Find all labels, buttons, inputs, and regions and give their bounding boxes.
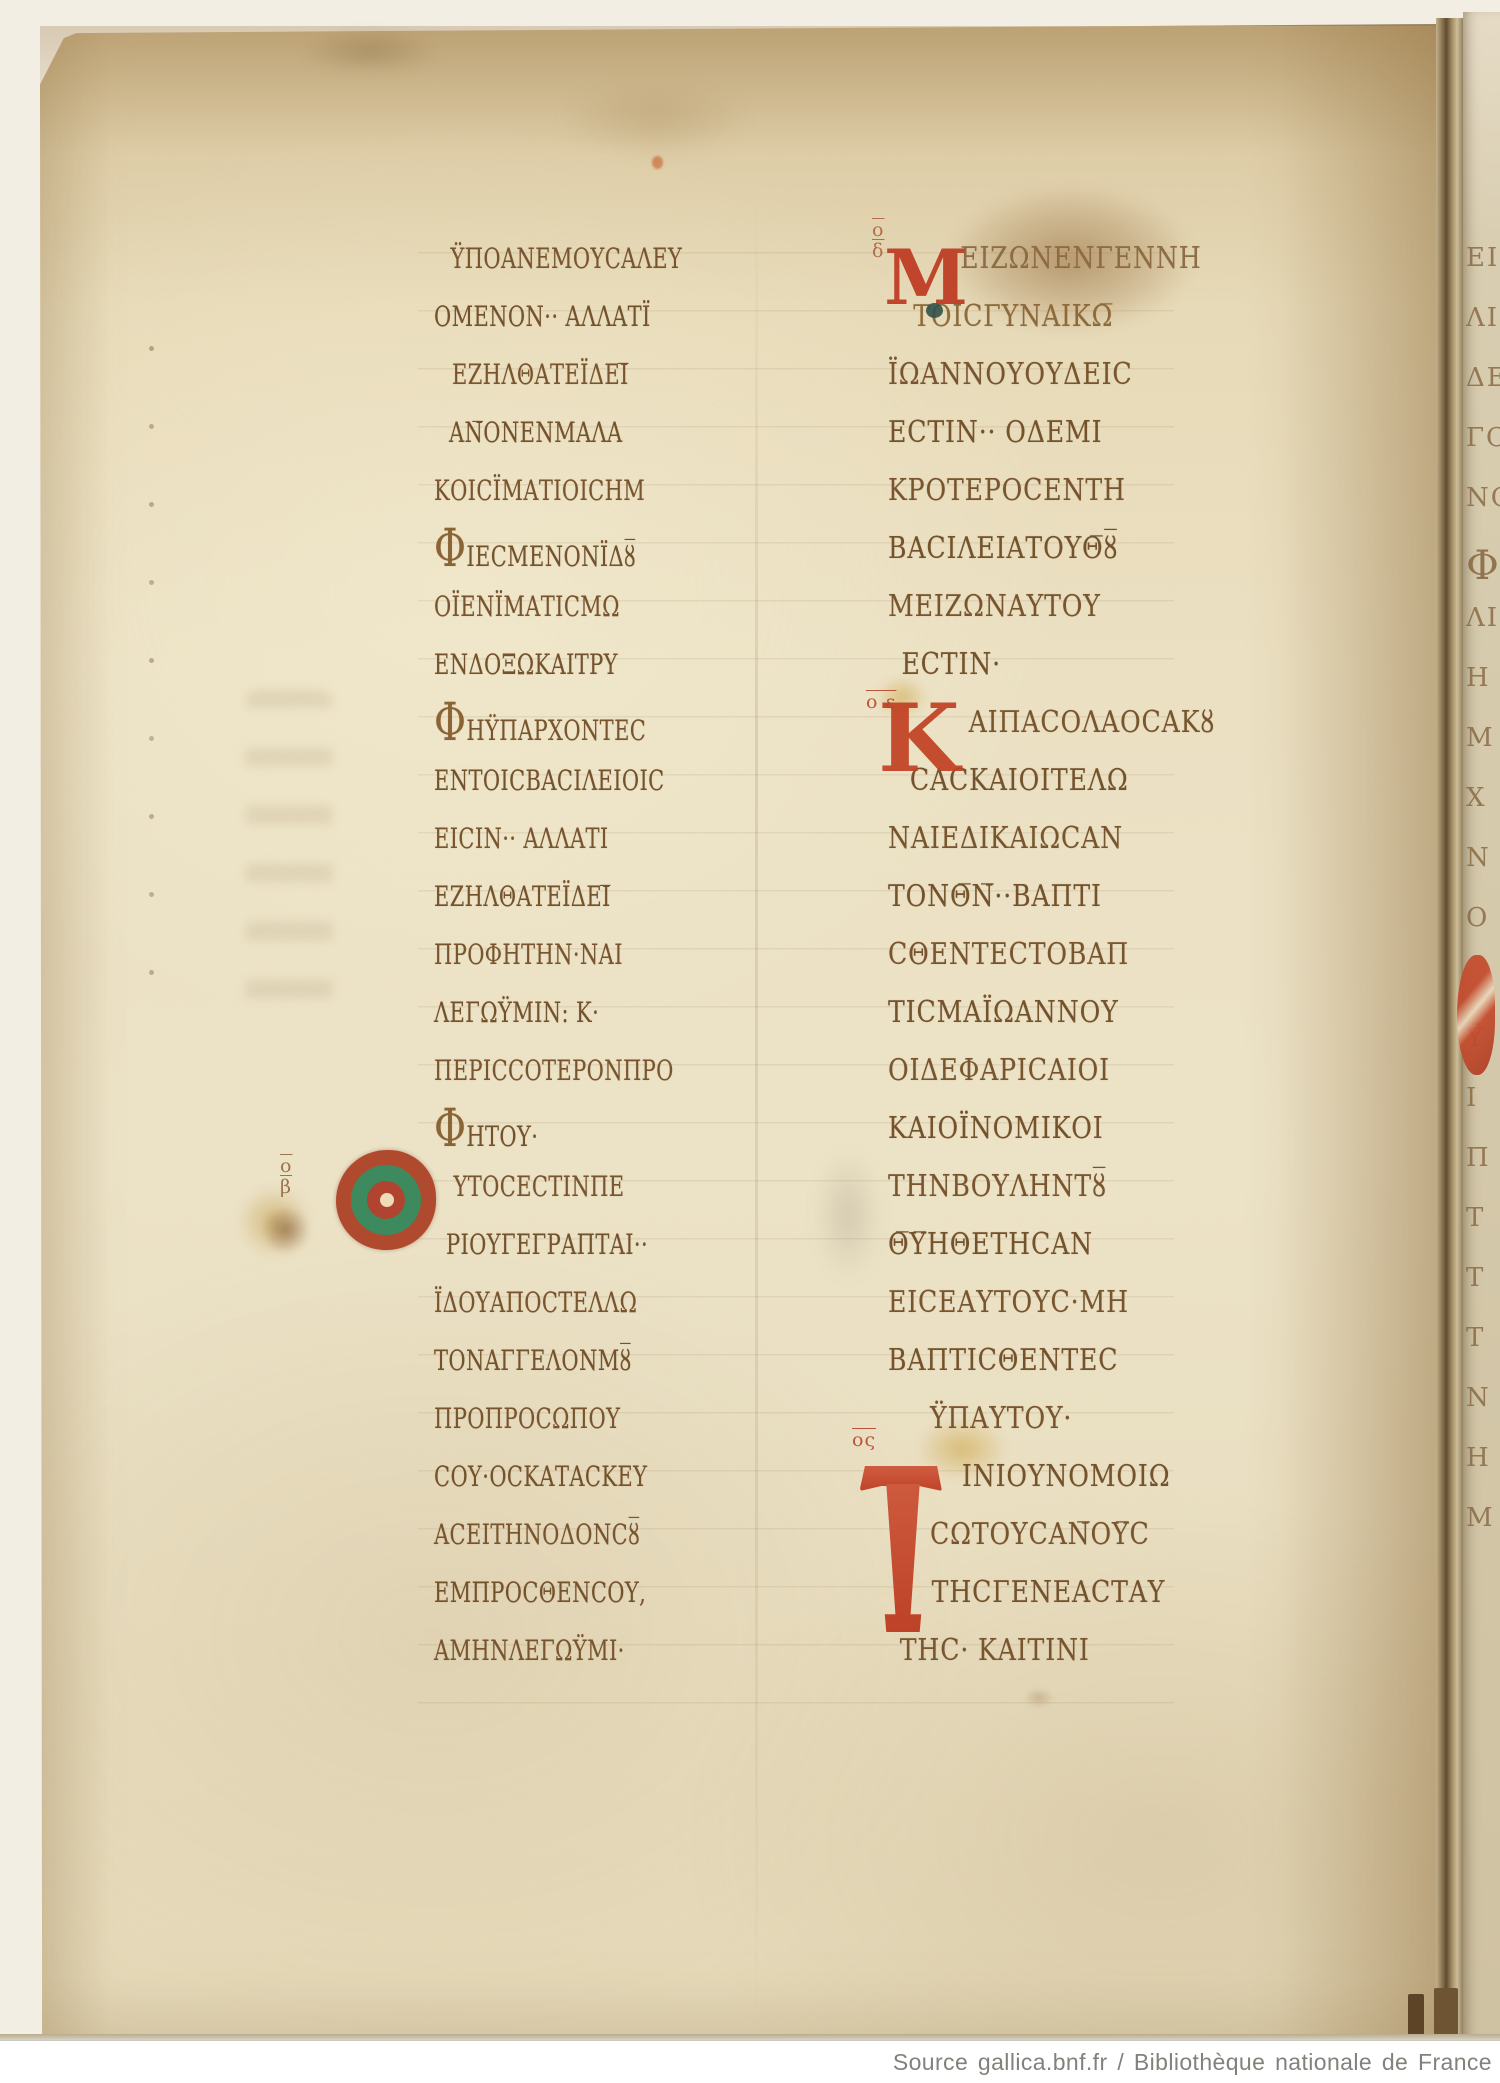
facing-page-letter-fragment: Ι — [1466, 1083, 1500, 1127]
text-line: ΡΙΟΥΓΕΓΡΑΠΤΑΙ·· — [434, 1216, 652, 1274]
facing-page-letter-fragment: ΝΟ — [1466, 483, 1500, 527]
facing-page-red-initial-fragment — [1457, 955, 1495, 1075]
marginal-section-number-os: ος — [852, 1430, 876, 1451]
binding-edge-bar — [1434, 1988, 1458, 2040]
text-line: ΥΤΟCΕCΤΙΝΠΕ — [434, 1158, 652, 1216]
text-line: Θ̅Υ̅ΗΘΕΤΗCΑΝ — [888, 1216, 1132, 1274]
text-line: ΠΡΟΠΡΟCΩΠΟΥ — [434, 1390, 652, 1448]
text-line: ΑΝ̅ΟΝΕΝΜΑΛΑ — [434, 404, 652, 462]
marginal-section-number-oe: ο ε — [866, 692, 896, 713]
text-line: ΚΟΙCΪΜΑΤΙΟΙCΗΜ — [434, 462, 652, 520]
text-line: ΑCΕΙΤΗΝΟΔΟΝCȣ̅ — [434, 1506, 652, 1564]
text-line: ΕΜΠΡΟCΘΕΝCΟΥ, — [434, 1564, 652, 1622]
facing-page-letter-fragment: ΓΟ — [1466, 423, 1500, 467]
text-line: ΒΑCΙΛΕΙΑΤΟΥΘ̅ȣ̅ — [888, 520, 1132, 578]
facing-page-letter-fragment: ΛΙ — [1466, 603, 1500, 647]
facing-page-letter-fragment: Μ — [1466, 723, 1500, 767]
text-line: ΟΪΕΝΪΜΑΤΙCΜΩ — [434, 578, 652, 636]
facing-page-letter-fragment: Ν — [1466, 1383, 1500, 1427]
left-text-column: ΫΠΟΑΝΕΜΟΥCΑΛΕΥΟΜΕΝΟΝ·· ΑΛΛΑΤΪΕΖΗΛΘΑΤΕΪΔΕ… — [434, 230, 724, 1680]
leaf-top-shading — [40, 26, 1440, 156]
facing-page-letter-fragment: ΕΙ — [1466, 243, 1500, 287]
facing-page-letter-fragment: Τ — [1466, 1263, 1500, 1307]
marginal-section-number-ob: ο β — [280, 1156, 296, 1198]
text-line: ΫΠΑΥΤΟΥ· — [888, 1390, 1132, 1448]
facing-page-letter-fragment: Π — [1466, 1143, 1500, 1187]
facing-page-letter-fragment: Ν — [1466, 843, 1500, 887]
text-line: ΪΩΑΝΝΟΥΟΥΔΕΙC — [888, 346, 1132, 404]
facing-page-letter-fragment: Η — [1466, 663, 1500, 707]
text-line: CΟΥ·ΟCΚΑΤΑCΚΕΥ — [434, 1448, 652, 1506]
text-line: ΤΗΝΒΟΥΛΗΝΤȣ̅ — [888, 1158, 1132, 1216]
text-line: CΩΤΟΥCΑΝ̅ΟΥ̅C — [888, 1506, 1132, 1564]
text-line: ΕΙCΙΝ·· ΑΛΛΑΤΙ — [434, 810, 652, 868]
prick-marks — [149, 346, 154, 351]
facing-page-letter-fragment: Ο — [1466, 903, 1500, 947]
text-line: ΝΑΙΕΔΙΚΑΙΩCΑΝ — [888, 810, 1132, 868]
text-line: ΕCΤΙΝ·· ΟΔΕΜΙ — [888, 404, 1132, 462]
text-line: ΤΗC· ΚΑΙΤΙΝΙ — [888, 1622, 1132, 1680]
text-line: CΘΕΝΤΕCΤΟΒΑΠ — [888, 926, 1132, 984]
source-attribution-text: Source gallica.bnf.fr / Bibliothèque nat… — [893, 2049, 1492, 2076]
facing-page-letter-fragment: Τ — [1466, 1323, 1500, 1367]
text-line: ΤΙCΜΑΪΩΑΝΝΟΥ — [888, 984, 1132, 1042]
facing-page-letter-fragment: ΛΙ — [1466, 303, 1500, 347]
text-line: ΪΔΟΥΑΠΟCΤΕΛΛΩ — [434, 1274, 652, 1332]
text-line: ΕΝΔΟΞΩΚΑΙΤΡΥ — [434, 636, 652, 694]
text-line: ΜΕΙΖΩΝΑΥΤΟΥ — [888, 578, 1132, 636]
leaf-gutter-shading — [1280, 26, 1437, 2034]
text-line: ΤΗCΓΕΝΕΑCΤΑΥ — [888, 1564, 1132, 1622]
text-line: ΦΗΤΟΥ· — [434, 1100, 652, 1158]
vertical-crease — [755, 180, 758, 2030]
text-line: ΕΖΗΛΘΑΤΕΪΔΕΙ̅ — [434, 346, 652, 404]
text-line: ΦΗΫΠΑΡΧΟΝΤΕC — [434, 694, 652, 752]
text-line: ΠΕΡΙCCΟΤΕΡΟΝΠΡΟ — [434, 1042, 652, 1100]
text-line: ΒΑΠΤΙCΘΕΝΤΕC — [888, 1332, 1132, 1390]
facing-page-letter-fragment: Τ — [1466, 1203, 1500, 1247]
roundel-center-dot — [380, 1193, 394, 1207]
text-line: ΑΜΗΝΛΕΓΩΫΜΙ· — [434, 1622, 652, 1680]
text-line: ΚΑΙΟΪΝΟΜΙΚΟΙ — [888, 1100, 1132, 1158]
text-line: ΚΡΟΤΕΡΟCΕΝΤΗ — [888, 462, 1132, 520]
text-line: ΕΙCΕΑΥΤΟΥC·ΜΗ — [888, 1274, 1132, 1332]
facing-page-letter-fragment: Η — [1466, 1443, 1500, 1487]
text-line: ΦΙΕCΜΕΝΟΝΪΔȣ̅ — [434, 520, 652, 578]
dark-blob-on-initial-m — [926, 303, 943, 318]
marginal-section-number-od: ο δ — [872, 220, 888, 262]
text-line: ΕΝΤΟΙCΒΑCΙΛΕΙΟΙC — [434, 752, 652, 810]
text-line: ΛΕΓΩΫΜΙΝ: Κ· — [434, 984, 652, 1042]
right-text-column: ΕΙΖΩΝΕΝΓΕΝΝΗΤΟΙCΓΥΝΑΙΚΩ̅ΪΩΑΝΝΟΥΟΥΔΕΙCΕCΤ… — [888, 230, 1178, 1680]
facing-page-letter-fragment: Χ — [1466, 783, 1500, 827]
facing-page-letter-fragment: Μ — [1466, 1503, 1500, 1547]
text-line: ΠΡΟΦΗΤΗΝ·ΝΑΙ — [434, 926, 652, 984]
text-line: ΕΖΗΛΘΑΤΕΪΔΕΙ̅ — [434, 868, 652, 926]
decorated-initial-o-roundel — [336, 1150, 436, 1250]
facing-page-letter-fragment: Φ — [1466, 543, 1500, 587]
rubric-initial-m: Μ — [884, 240, 968, 316]
text-line: ΫΠΟΑΝΕΜΟΥCΑΛΕΥ — [434, 230, 652, 288]
text-line: ΟΜΕΝΟΝ·· ΑΛΛΑΤΪ — [434, 288, 652, 346]
text-line: ΤΟΝΘ̅Ν̅··ΒΑΠΤΙ — [888, 868, 1132, 926]
facing-page-letter-fragment: ΔΕ — [1466, 363, 1500, 407]
gallica-source-bar: Source gallica.bnf.fr / Bibliothèque nat… — [0, 2040, 1500, 2083]
text-line: ΟΙΔΕΦΑΡΙCΑΙΟΙ — [888, 1042, 1132, 1100]
manuscript-scan: ΫΠΟΑΝΕΜΟΥCΑΛΕΥΟΜΕΝΟΝ·· ΑΛΛΑΤΪΕΖΗΛΘΑΤΕΪΔΕ… — [0, 0, 1500, 2083]
text-line: ΤΟΝΑΓΓΕΛΟΝΜȣ̅ — [434, 1332, 652, 1390]
